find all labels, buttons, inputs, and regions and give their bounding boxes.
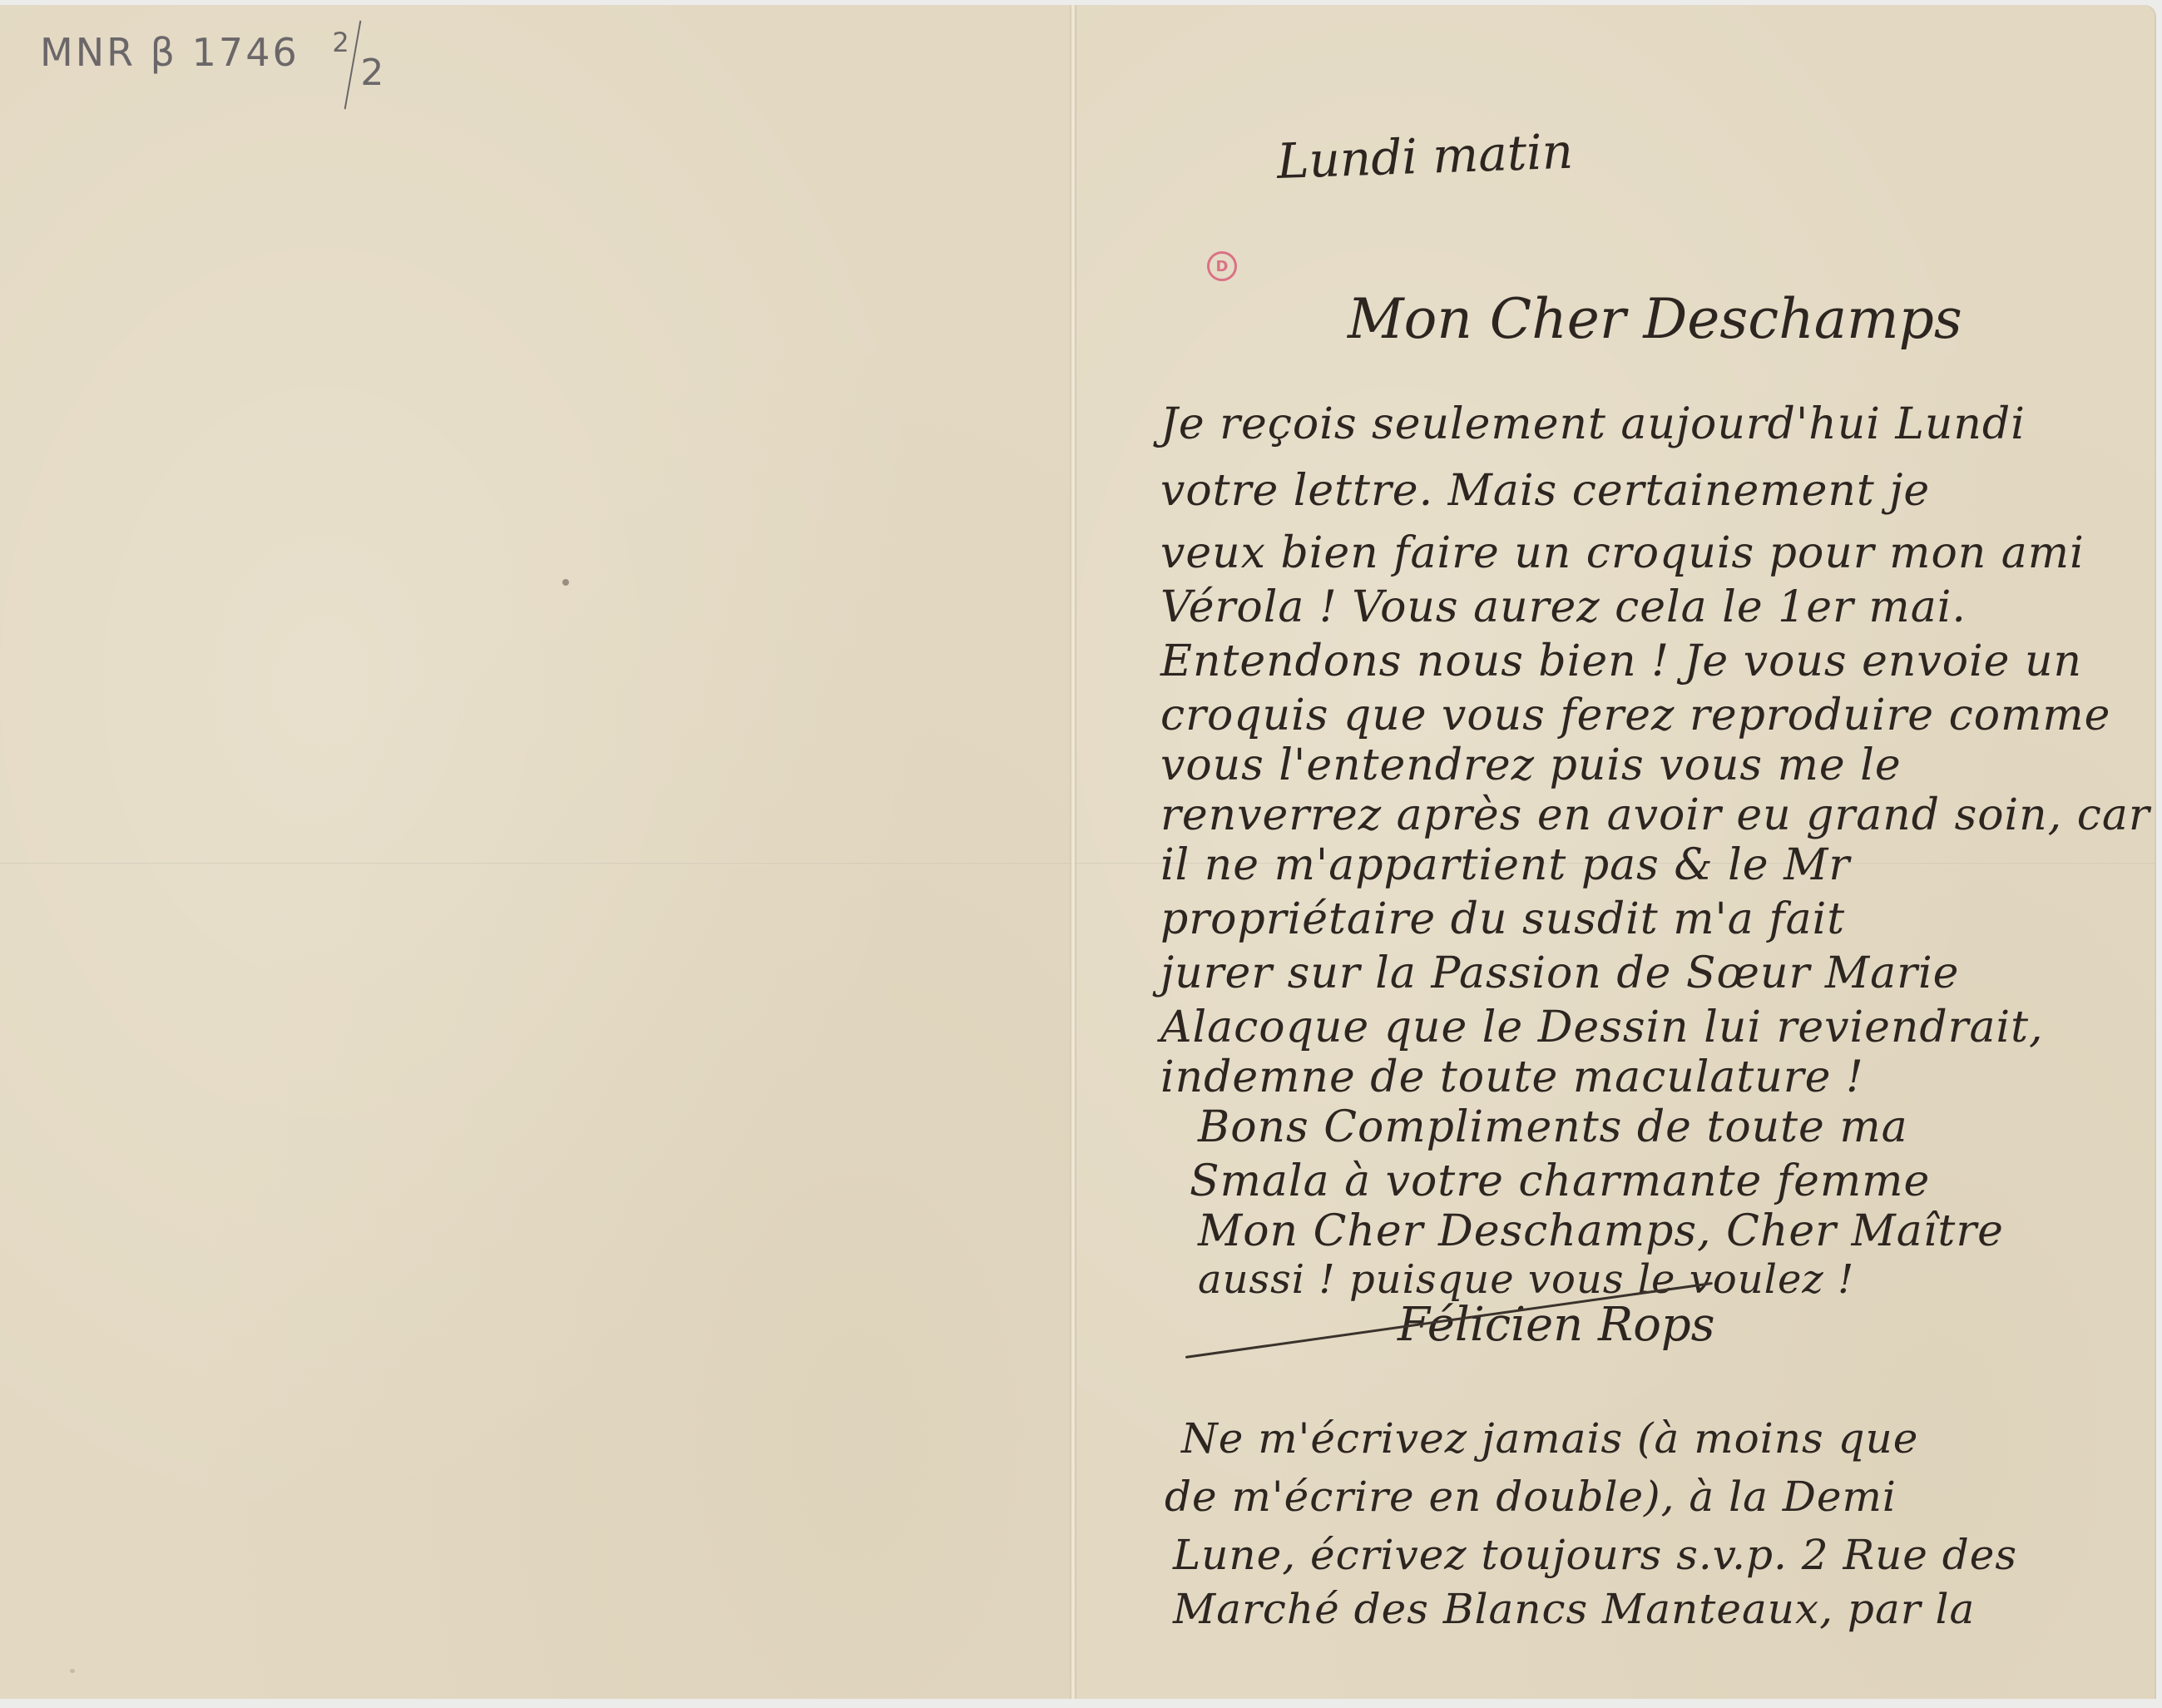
letter-dateline: Lundi matin (1276, 123, 1574, 190)
body-line: veux bien faire un croquis pour mon ami (1160, 528, 2085, 578)
postscript-line: Ne m'écrivez jamais (à moins que (1181, 1414, 1918, 1463)
body-line: Je reçois seulement aujourd'hui Lundi (1160, 399, 2026, 449)
body-line: propriétaire du susdit m'a fait (1160, 894, 1845, 944)
library-stamp-icon: D (1207, 251, 1237, 281)
body-line: croquis que vous ferez reproduire comme (1160, 691, 2110, 740)
body-line: Alacoque que le Dessin lui reviendrait, (1160, 1003, 2044, 1052)
body-line: Mon Cher Deschamps, Cher Maître (1198, 1206, 2004, 1256)
shelfmark-text: MNR β 1746 (40, 30, 299, 75)
postscript-line: Lune, écrivez toujours s.v.p. 2 Rue des (1173, 1531, 2017, 1579)
page-fraction: 2 2 (332, 30, 382, 80)
body-line: Vérola ! Vous aurez cela le 1er mai. (1160, 582, 1967, 632)
letter-scan: MNR β 1746 2 2 D Lundi matin Mon Cher De… (0, 0, 2162, 1708)
center-spine-deckle-edge (1070, 5, 1076, 1699)
body-line: indemne de toute maculature ! (1160, 1052, 1864, 1102)
body-line: il ne m'appartient pas & le Mr (1160, 840, 1850, 890)
horizontal-fold-crease (0, 862, 1073, 864)
body-line: Bons Compliments de toute ma (1198, 1102, 1908, 1152)
stamp-letter: D (1216, 258, 1229, 275)
body-line: aussi ! puisque vous le voulez ! (1198, 1256, 1854, 1303)
letter-salutation: Mon Cher Deschamps (1348, 287, 1962, 351)
page-fraction-denominator: 2 (360, 52, 386, 94)
body-line: Entendons nous bien ! Je vous envoie un (1160, 636, 2082, 686)
postscript-line: Marché des Blancs Manteaux, par la (1173, 1585, 1975, 1633)
ink-speck (70, 1669, 75, 1673)
ink-speck (562, 579, 569, 586)
left-page: MNR β 1746 2 2 (0, 5, 1073, 1699)
shelfmark-annotation: MNR β 1746 2 2 (40, 30, 382, 80)
body-line: vous l'entendrez puis vous me le (1160, 740, 1902, 790)
body-line: Smala à votre charmante femme (1190, 1156, 1930, 1206)
body-line: jurer sur la Passion de Sœur Marie (1160, 948, 1959, 998)
page-fraction-numerator: 2 (332, 27, 351, 58)
body-line: votre lettre. Mais certainement je (1160, 466, 1930, 516)
postscript-line: de m'écrire en double), à la Demi (1165, 1473, 1897, 1521)
body-line: renverrez après en avoir eu grand soin, … (1160, 790, 2150, 840)
